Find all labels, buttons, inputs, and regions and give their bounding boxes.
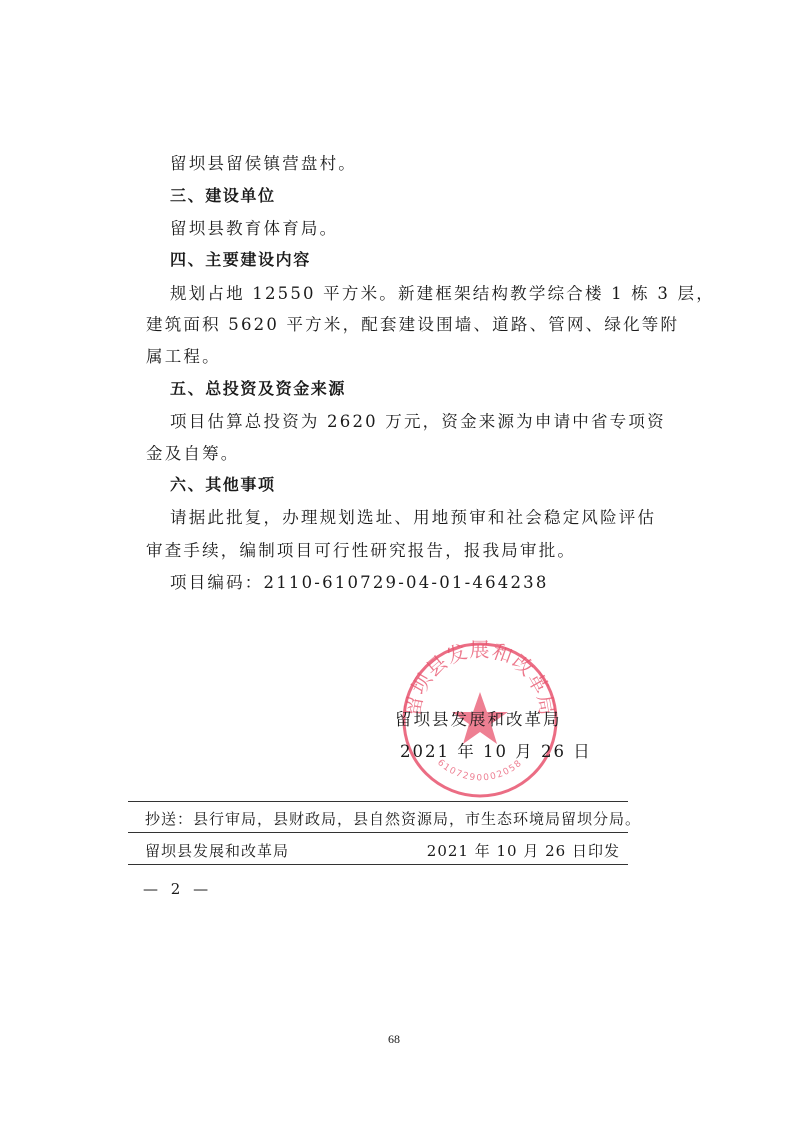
footer-divider-bottom: [128, 864, 628, 865]
project-code: 项目编码：2110-610729-04-01-464238: [170, 569, 549, 593]
cc-list: 抄送：县行审局，县财政局，县自然资源局，市生态环境局留坝分局。: [145, 808, 641, 829]
signature-organization: 留坝县发展和改革局: [395, 706, 562, 730]
issue-date: 2021 年 10 月 26 日印发: [427, 840, 620, 861]
section-heading-main-content: 四、主要建设内容: [170, 247, 311, 270]
issuing-organization: 留坝县发展和改革局: [145, 840, 289, 861]
signature-date: 2021 年 10 月 26 日: [400, 738, 592, 762]
footer-divider-middle: [128, 832, 628, 833]
body-text-investment-1: 项目估算总投资为 2620 万元，资金来源为申请中省专项资: [170, 408, 666, 432]
body-text-construction-unit: 留坝县教育体育局。: [170, 215, 338, 239]
scan-page-number: 68: [388, 1032, 400, 1047]
body-text-investment-2: 金及自筹。: [146, 440, 240, 464]
body-text-main-content-3: 属工程。: [146, 343, 221, 367]
section-heading-investment: 五、总投资及资金来源: [170, 376, 346, 399]
body-text-main-content-2: 建筑面积 5620 平方米，配套建设围墙、道路、管网、绿化等附: [146, 311, 679, 335]
section-heading-other-matters: 六、其他事项: [170, 472, 276, 495]
body-text-other-matters-2: 审查手续，编制项目可行性研究报告，报我局审批。: [146, 537, 576, 561]
footer-divider-top: [128, 801, 628, 802]
section-heading-construction-unit: 三、建设单位: [170, 183, 276, 206]
body-text-location: 留坝县留侯镇营盘村。: [170, 150, 357, 174]
page-number: — 2 —: [143, 880, 212, 898]
body-text-other-matters-1: 请据此批复，办理规划选址、用地预审和社会稳定风险评估: [170, 504, 656, 528]
body-text-main-content-1: 规划占地 12550 平方米。新建框架结构教学综合楼 1 栋 3 层，: [170, 280, 715, 304]
